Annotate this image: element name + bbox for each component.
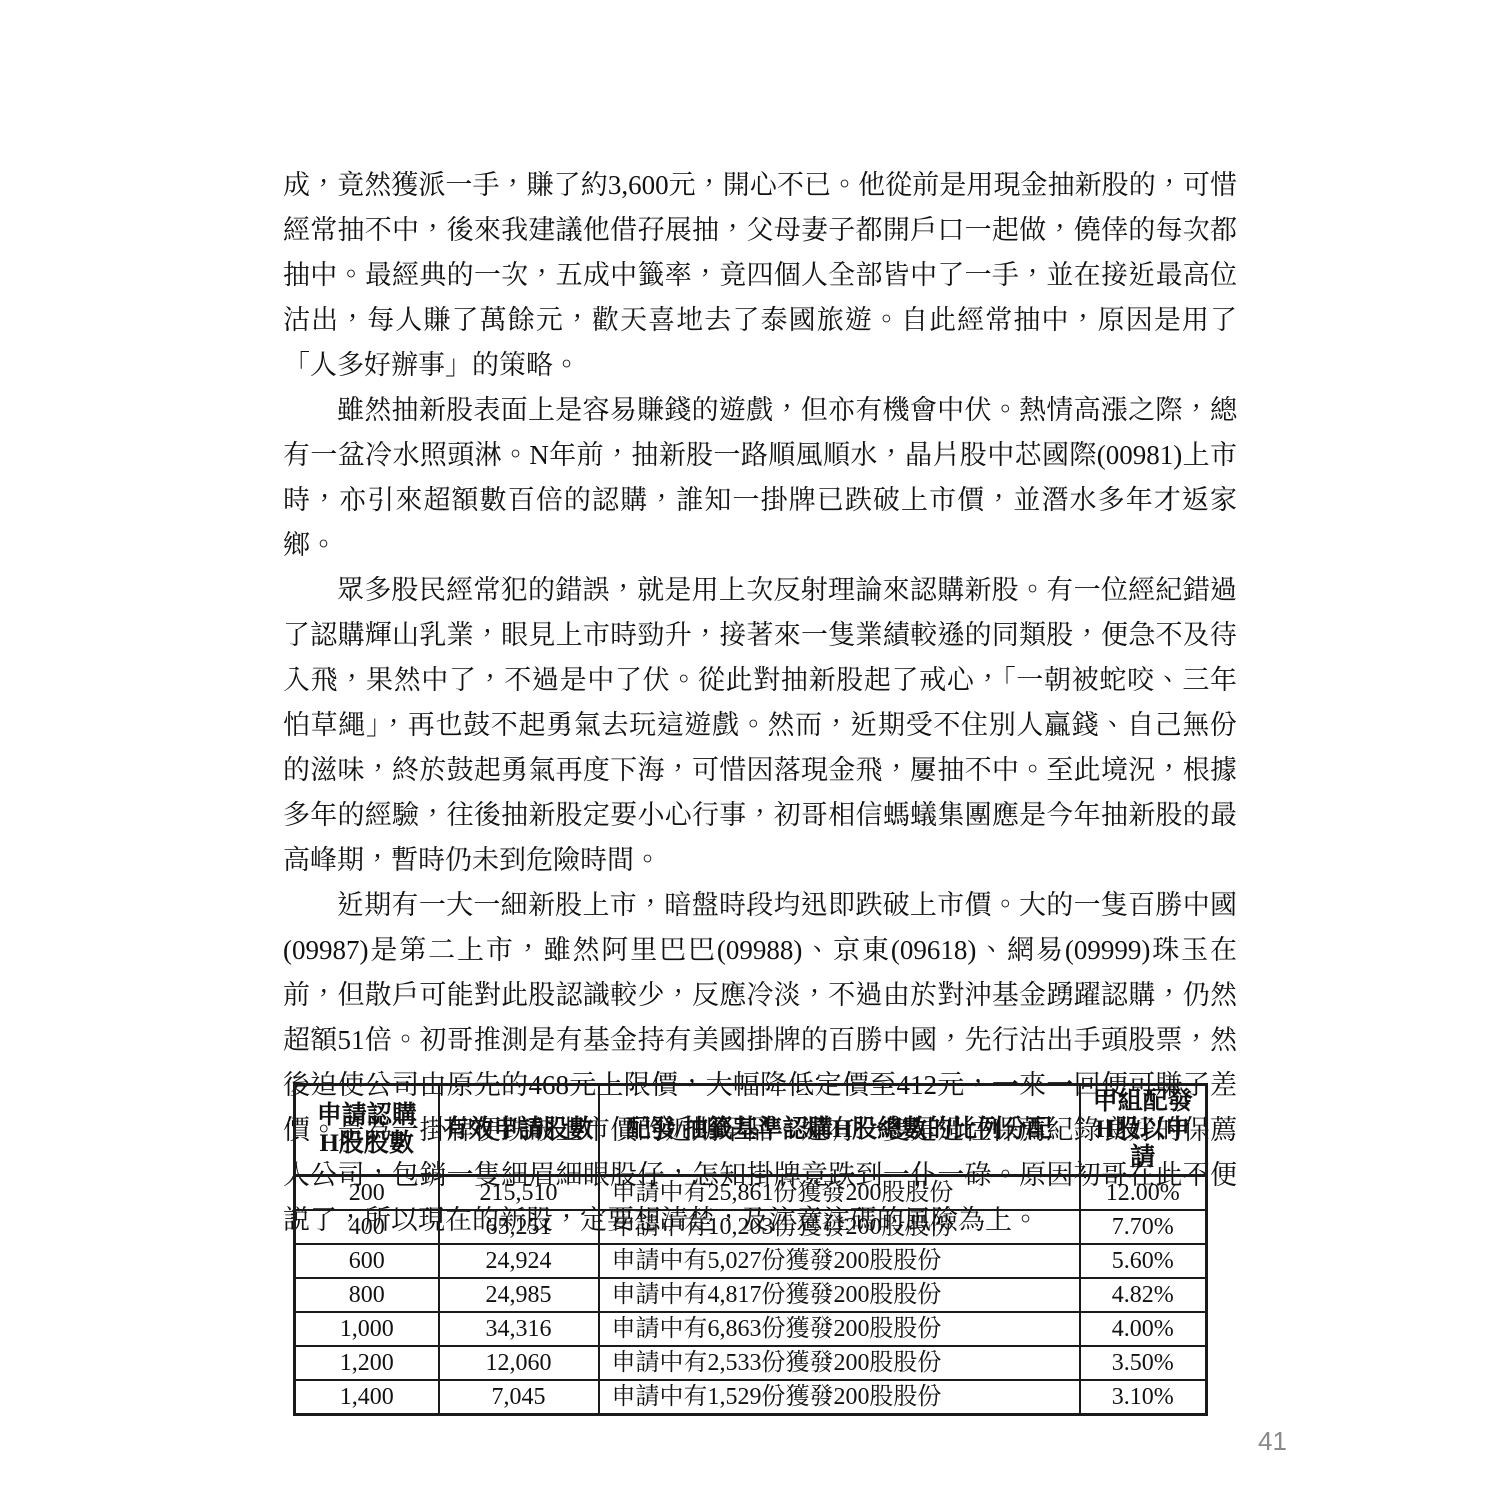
table-cell: 215,510	[439, 1176, 599, 1211]
table-cell: 24,985	[439, 1278, 599, 1312]
page-container: 成，竟然獲派一手，賺了約3,600元，開心不已。他從前是用現金抽新股的，可惜經常…	[0, 0, 1500, 1500]
table-cell: 申請中有25,861份獲發200股股份	[599, 1176, 1080, 1211]
table-cell: 5.60%	[1080, 1244, 1207, 1278]
table-row: 200215,510申請中有25,861份獲發200股股份12.00%	[295, 1176, 1207, 1211]
table-cell: 65,251	[439, 1210, 599, 1244]
table-cell: 1,000	[295, 1312, 439, 1346]
table-cell: 申請中有1,529份獲發200股股份	[599, 1380, 1080, 1415]
page-number: 41	[1258, 1428, 1287, 1454]
table-cell: 申請中有2,533份獲發200股股份	[599, 1346, 1080, 1380]
table-row: 1,20012,060申請中有2,533份獲發200股股份3.50%	[295, 1346, 1207, 1380]
table-cell: 7.70%	[1080, 1210, 1207, 1244]
table-row: 1,4007,045申請中有1,529份獲發200股股份3.10%	[295, 1380, 1207, 1415]
table-cell: 400	[295, 1210, 439, 1244]
table-cell: 4.82%	[1080, 1278, 1207, 1312]
table-cell: 申請中有5,027份獲發200股股份	[599, 1244, 1080, 1278]
table-header-cell: 甲組配發 H股以申請	[1080, 1085, 1207, 1176]
table-cell: 24,924	[439, 1244, 599, 1278]
paragraph: 眾多股民經常犯的錯誤，就是用上次反射理論來認購新股。有一位經紀錯過了認購輝山乳業…	[283, 568, 1237, 883]
table-cell: 12,060	[439, 1346, 599, 1380]
paragraph: 成，竟然獲派一手，賺了約3,600元，開心不已。他從前是用現金抽新股的，可惜經常…	[283, 163, 1237, 388]
table-cell: 34,316	[439, 1312, 599, 1346]
table-cell: 申請中有10,203份獲發200股股份	[599, 1210, 1080, 1244]
paragraph: 雖然抽新股表面上是容易賺錢的遊戲，但亦有機會中伏。熱情高漲之際，總有一盆冷水照頭…	[283, 388, 1237, 568]
table-header-cell: 有效申請股數	[439, 1085, 599, 1176]
table-cell: 12.00%	[1080, 1176, 1207, 1211]
table-header-cell: 申請認購 H股股數	[295, 1085, 439, 1176]
table-header-row: 申請認購 H股股數有效申請股數配發/抽籤基準認購H股總數的比例分配甲組配發 H股…	[295, 1085, 1207, 1176]
table-row: 40065,251申請中有10,203份獲發200股股份7.70%	[295, 1210, 1207, 1244]
table-cell: 800	[295, 1278, 439, 1312]
table-cell: 200	[295, 1176, 439, 1211]
table-row: 60024,924申請中有5,027份獲發200股股份5.60%	[295, 1244, 1207, 1278]
table-row: 80024,985申請中有4,817份獲發200股股份4.82%	[295, 1278, 1207, 1312]
table-cell: 7,045	[439, 1380, 599, 1415]
article-text: 成，竟然獲派一手，賺了約3,600元，開心不已。他從前是用現金抽新股的，可惜經常…	[283, 163, 1237, 1243]
table-header-cell: 配發/抽籤基準認購H股總數的比例分配	[599, 1085, 1080, 1176]
table-cell: 1,200	[295, 1346, 439, 1380]
table-cell: 申請中有6,863份獲發200股股份	[599, 1312, 1080, 1346]
table-cell: 3.10%	[1080, 1380, 1207, 1415]
table-cell: 1,400	[295, 1380, 439, 1415]
table-row: 1,00034,316申請中有6,863份獲發200股股份4.00%	[295, 1312, 1207, 1346]
ipo-allocation-table: 申請認購 H股股數有效申請股數配發/抽籤基準認購H股總數的比例分配甲組配發 H股…	[293, 1083, 1208, 1416]
table-cell: 申請中有4,817份獲發200股股份	[599, 1278, 1080, 1312]
table-cell: 4.00%	[1080, 1312, 1207, 1346]
table-cell: 600	[295, 1244, 439, 1278]
table-cell: 3.50%	[1080, 1346, 1207, 1380]
